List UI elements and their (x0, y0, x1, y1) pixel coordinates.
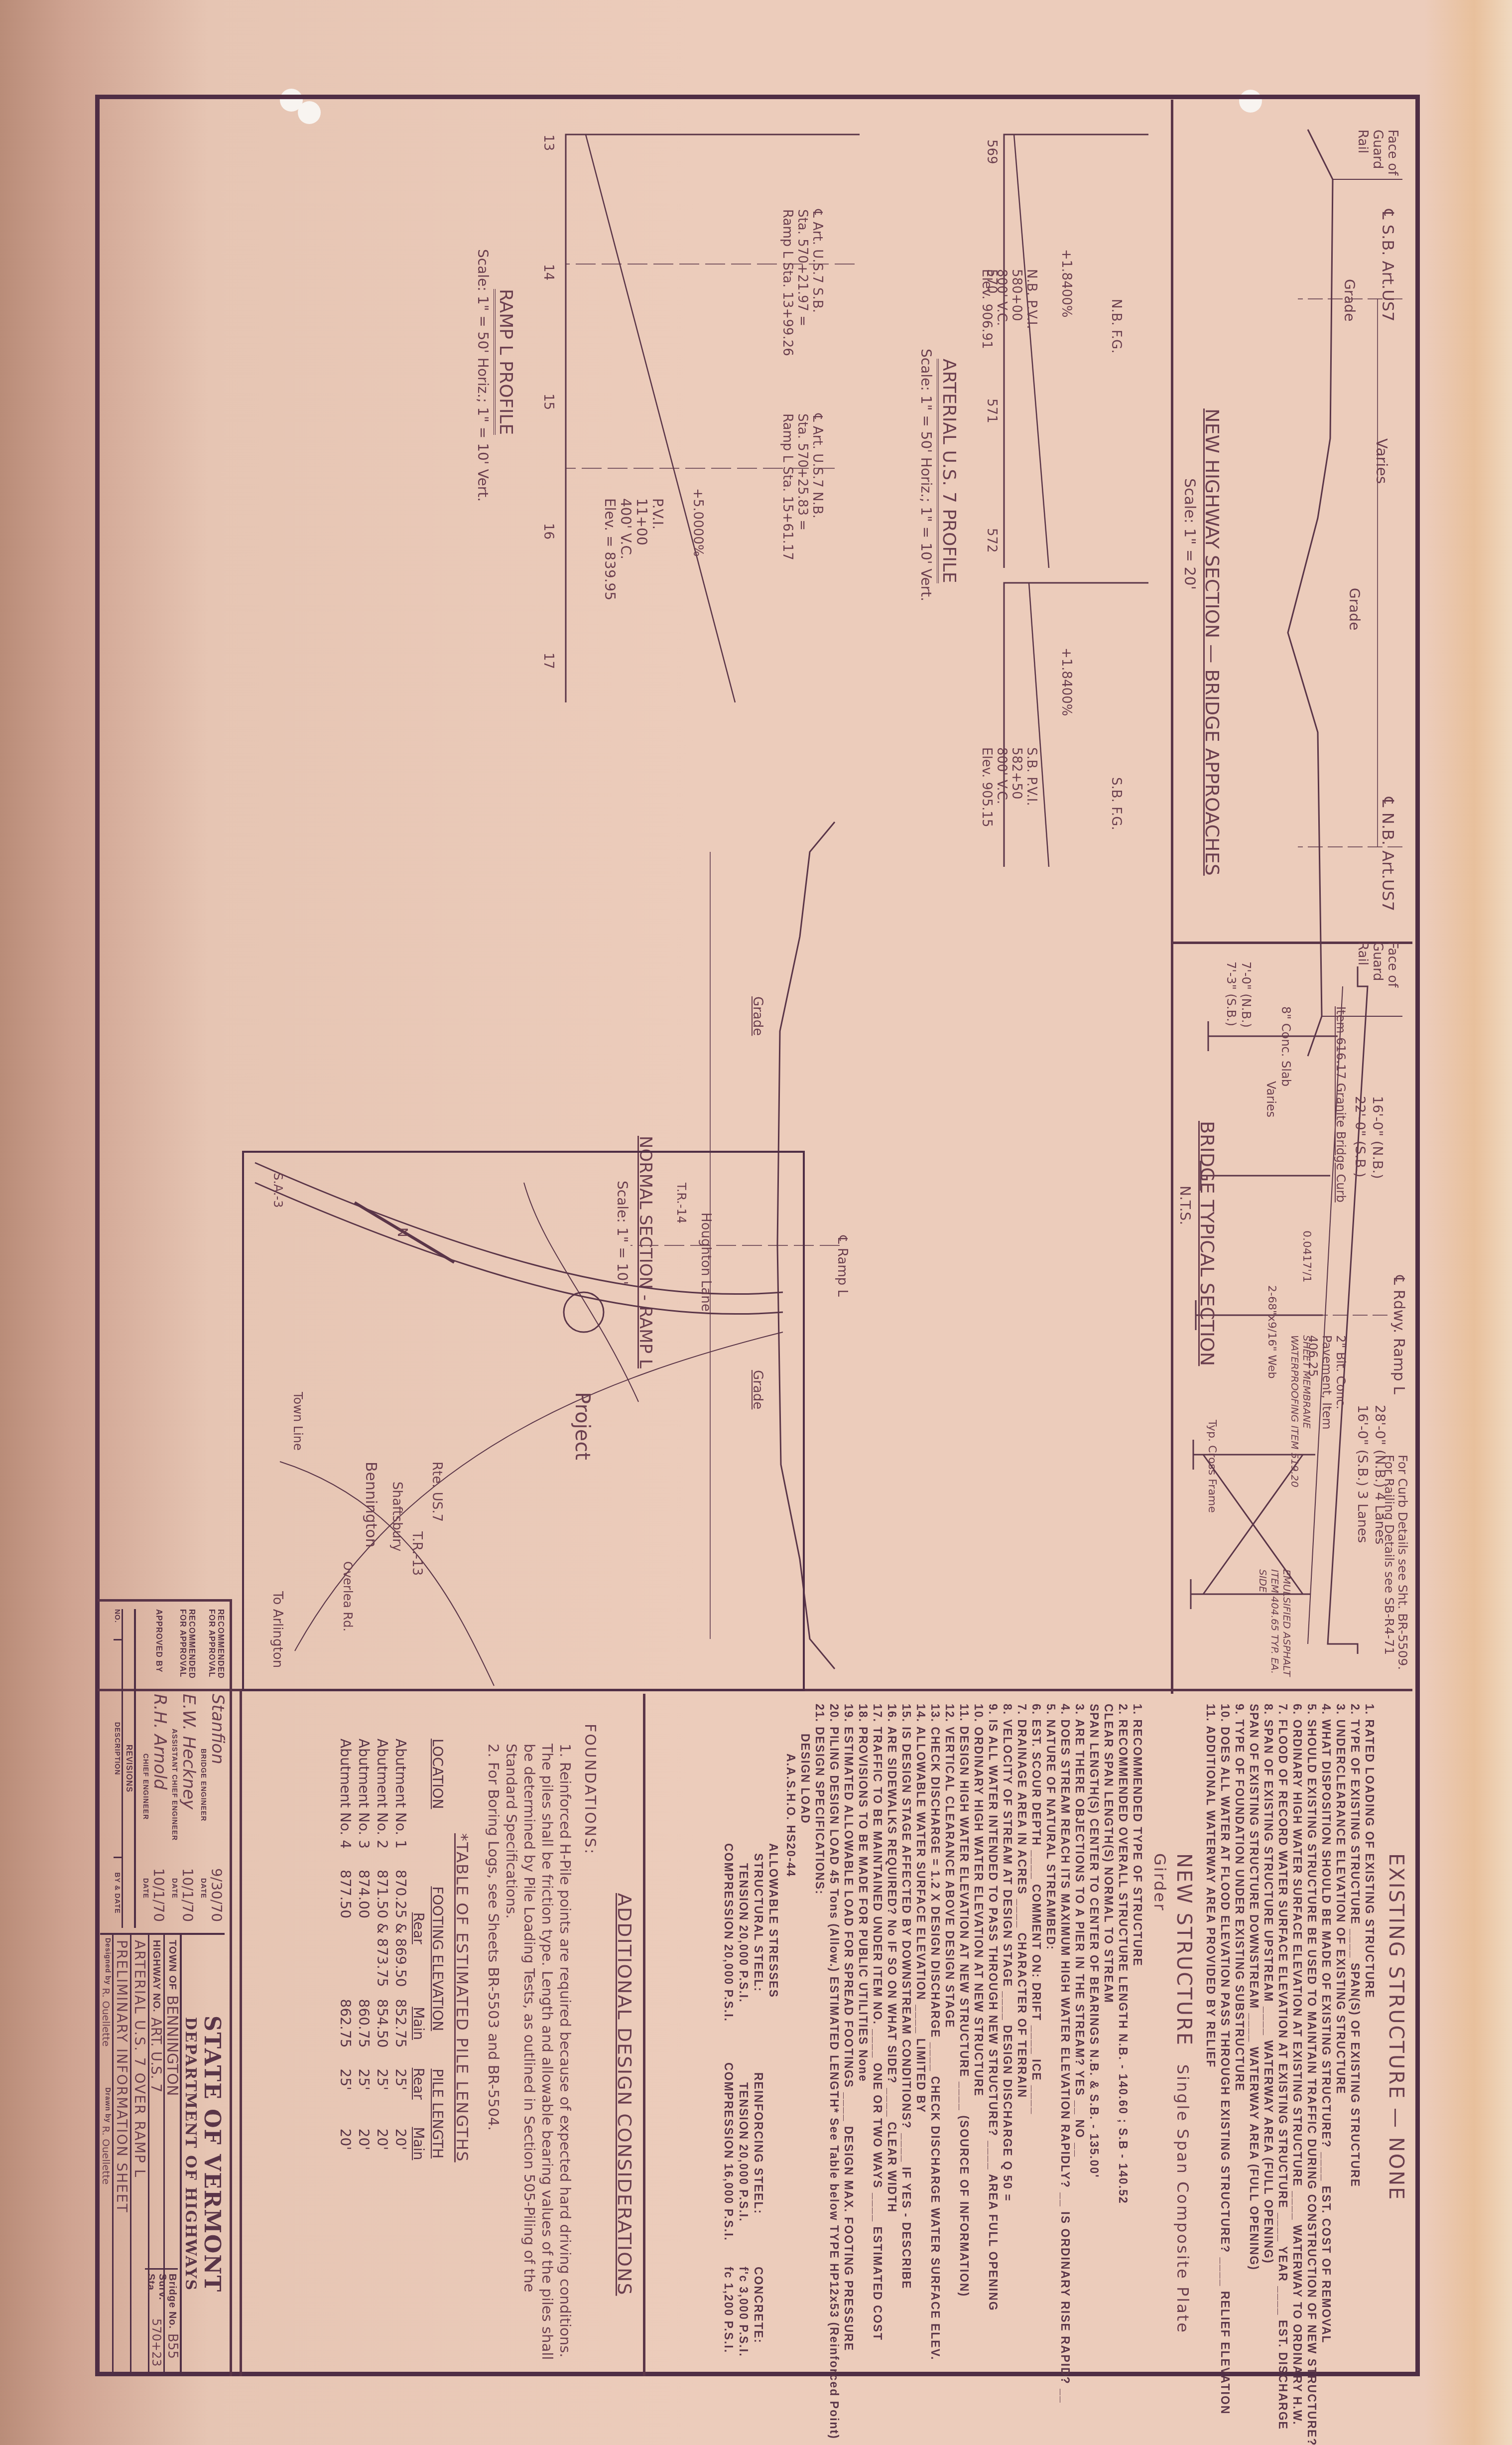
additional-design-block: ADDITIONAL DESIGN CONSIDERATIONS FOUNDAT… (336, 1704, 635, 2366)
approval-date: 10/1/70 (150, 1868, 167, 1922)
table-row: Abutment No. 2 871.50 & 873.75 854.50 25… (373, 1724, 391, 2173)
cell-elev-rear: 871.50 & 873.75 (373, 1864, 391, 1993)
existing-structure-heading: EXISTING STRUCTURE — NONE (1385, 1853, 1407, 2366)
map-label: Overlea Rd. (341, 1561, 355, 1631)
existing-item: 1. RATED LOADING OF EXISTING STRUCTURE (1362, 1704, 1377, 2366)
sb-pvi-label: S.B. P.V.I. (1024, 747, 1039, 847)
sta-tick: 571 (984, 399, 999, 423)
new-item: 8. VELOCITY OF STREAM AT DESIGN STAGE __… (1000, 1704, 1014, 2366)
label-face-guard-rail: Face of Guard Rail (1355, 130, 1400, 189)
label-grade: Grade (1341, 279, 1358, 321)
pile-table-title: *TABLE OF ESTIMATED PILE LENGTHS (453, 1833, 472, 2366)
map-label: Town Line (291, 1392, 305, 1451)
new-item: CLEAR SPAN LENGTH(S) NORMAL TO STREAM (1101, 1704, 1116, 2366)
th-pile-length: PILE LENGTH (427, 2054, 448, 2173)
sb-grade: +1.8400% (1059, 648, 1074, 716)
arterial-profile-scale: Scale: 1" = 50' Horiz.; 1" = 10' Vert. (918, 349, 934, 601)
allowable-stresses: ALLOWABLE STRESSES STRUCTURAL STEEL: TEN… (706, 1704, 780, 2366)
rev-header-description: DESCRIPTION (114, 1639, 122, 1857)
foundation-note-2: 2. For Boring Logs, see Sheets BR-5503 a… (485, 1744, 503, 2361)
label-curb-item: Item 616.17 Granite Bridge Curb (1334, 1006, 1348, 1203)
nb-pvi: N.B. P.V.I. 580+00 800' V.C. Elev. 906.9… (979, 269, 1039, 369)
th-main: Main (410, 2114, 427, 2173)
label-grade: Grade (1346, 588, 1363, 630)
approval-role: ASSISTANT CHIEF ENGINEER (171, 1729, 179, 1841)
map-label: S.A.-3 (271, 1173, 285, 1208)
rev-header-no: NO. (114, 1609, 122, 1639)
existing-item: 10. DOES ALL WATER AT FLOOD ELEVATION PA… (1218, 1704, 1232, 2366)
label-half-width: 16'-0" (N.B.) (1370, 1096, 1385, 1179)
th-footing-elevation: FOOTING ELEVATION (427, 1864, 448, 2054)
th-rear: Rear (410, 2054, 427, 2114)
town-label: TOWN OF (167, 1940, 178, 1990)
date-label: DATE (142, 1878, 150, 1899)
design-load-label: DESIGN LOAD (798, 1734, 812, 2366)
cl-sb-line: Ramp L Sta. 13+99.26 (780, 209, 795, 356)
new-structure-title: NEW STRUCTURE (1172, 1853, 1195, 2046)
revisions-header: NO. DESCRIPTION BY & DATE (114, 1609, 123, 1928)
bridge-no-value: B55 (165, 2333, 180, 2373)
map-drawing (245, 1153, 803, 1691)
new-item: 6. EST. SCOUR DEPTH ____ COMMENT ON: DRI… (1029, 1704, 1043, 2366)
th-rear: Rear (410, 1864, 427, 1993)
existing-item: 8. SPAN OF EXISTING STRUCTURE UPSTREAM _… (1261, 1704, 1275, 2366)
label-overhang: 7'-0" (N.B.) (1239, 961, 1253, 1028)
label-sb-centerline: ℄ S.B. Art.US7 (1379, 209, 1397, 321)
new-item: 12. VERTICAL CLEARANCE ABOVE DESIGN STAG… (942, 1704, 957, 2366)
new-item: 14. ALLOWABLE WATER SURFACE ELEVATION __… (913, 1704, 928, 2366)
bridge-section-title: BRIDGE TYPICAL SECTION (1196, 1121, 1218, 1366)
sta-tick: 569 (984, 139, 999, 164)
label-overhang: 7'-3" (S.B.) (1224, 961, 1238, 1026)
cl-sb-line: Sta. 570+21.97 = (795, 209, 810, 356)
new-item: 19. ESTIMATED ALLOWABLE LOAD FOR SPREAD … (841, 1704, 856, 2366)
new-structure-heading: NEW STRUCTURE Single Span Composite Plat… (1149, 1853, 1195, 2366)
revisions-title: REVISIONS (123, 1609, 134, 1928)
ramp-profile-title: RAMP L PROFILE (494, 289, 516, 435)
new-item: 21. DESIGN SPECIFICATIONS: (812, 1704, 827, 2366)
sb-pvi-sta: 582+50 (1009, 747, 1024, 847)
reinforcing-steel-tension: TENSION 20,000 P.S.I. (736, 2082, 751, 2222)
date-label: DATE (200, 1878, 208, 1899)
drawing-sheet: ℄ S.B. Art.US7 ℄ N.B. Art.US7 Varies Fac… (0, 0, 1512, 2445)
foundations-title: FOUNDATIONS: (581, 1724, 599, 2366)
ramp-pvi-elev: Elev. = 839.95 (602, 498, 618, 600)
agency-name: STATE OF VERMONT (199, 1935, 225, 2373)
title-block: STATE OF VERMONT DEPARTMENT OF HIGHWAYS … (100, 1933, 225, 2373)
table-row: Abutment No. 1 870.25 & 869.50 852.75 25… (391, 1724, 410, 2173)
new-item: 13. CHECK DISCHARGE = 1.2 X DESIGN DISCH… (928, 1704, 942, 2366)
new-item: 9. IS ALL WATER INTENDED TO PASS THROUGH… (986, 1704, 1000, 2366)
sb-pvi-vc: 800' V.C. (994, 747, 1009, 847)
existing-item: 2. TYPE OF EXISTING STRUCTURE ____ SPAN(… (1348, 1704, 1362, 2366)
label-slope: 0.0417'/1 (1300, 1230, 1313, 1282)
note-curb-details: For Curb Details see Sht. BR-5509. (1395, 1455, 1410, 1670)
cell-len-rear: 25' (391, 2054, 410, 2114)
approval-label: RECOMMENDED FOR APPROVAL (178, 1609, 196, 1684)
table-row: Abutment No. 3 874.00 860.75 25' 20' (355, 1724, 373, 2173)
surv-sta-value: 570+23 (149, 2318, 163, 2373)
cell-elev-main: 852.75 (391, 1993, 410, 2054)
town-value: BENNINGTON (164, 1995, 181, 2268)
bridge-section-drawing (1188, 956, 1397, 1674)
cell-location: Abutment No. 4 (336, 1724, 355, 1864)
concrete-fc-prime: f'c 3,000 P.S.I. (736, 2267, 751, 2357)
arterial-profile-title: ARTERIAL U.S. 7 PROFILE (937, 359, 959, 583)
drawn-by-label: Drawn by (100, 2087, 112, 2123)
additional-design-heading: ADDITIONAL DESIGN CONSIDERATIONS (614, 1893, 635, 2366)
new-item: 17. TRAFFIC TO BE MAINTAINED UNDER ITEM … (870, 1704, 884, 2366)
designed-by-value: R. Ouellette (100, 1988, 112, 2087)
signature: E.W. Heckney (179, 1694, 199, 1809)
approval-label: RECOMMENDED FOR APPROVAL (207, 1609, 225, 1684)
new-item: 20. PILING DESIGN LOAD 45 Tons (Allow.) … (827, 1704, 841, 2366)
divider (1171, 100, 1173, 1694)
cell-len-rear: 25' (355, 2054, 373, 2114)
signature: Stanfion (208, 1694, 228, 1765)
approval-row: APPROVED BY R.H. Arnold CHIEF ENGINEER 1… (138, 1609, 167, 1928)
ramp-cl-label: ℄ Ramp L (835, 1235, 850, 1297)
ramp-profile-scale: Scale: 1" = 50' Horiz.; 1" = 10' Vert. (475, 249, 491, 502)
cell-location: Abutment No. 1 (391, 1724, 410, 1864)
new-item: 7. DRAINAGE AREA IN ACRES ____ CHARACTER… (1014, 1704, 1029, 2366)
existing-item: 5. SHOULD EXISTING STRUCTURE BE USED TO … (1304, 1704, 1319, 2366)
label-grade: Grade (750, 996, 765, 1036)
cl-nb-line: ℄ Art. U.S.7 N.B. (810, 413, 825, 560)
highway-section-scale: Scale: 1" = 20' (1181, 478, 1198, 590)
map-label: Rte. US.7 (429, 1462, 444, 1522)
approval-row: RECOMMENDED FOR APPROVAL Stanfion BRIDGE… (196, 1609, 225, 1928)
new-item: 2. RECOMMENDED OVERALL STRUCTURE LENGTH … (1116, 1704, 1130, 2366)
bridge-no-label: Bridge No. (167, 2268, 178, 2333)
ramp-pvi-label: P.V.I. (649, 498, 665, 600)
th-location: LOCATION (427, 1724, 448, 1864)
label-nb-centerline: ℄ N.B. Art.US7 (1379, 797, 1397, 911)
label-cross-frame: Typ. Cross Frame (1206, 1420, 1218, 1513)
approval-date: 9/30/70 (208, 1868, 225, 1922)
credits-row: Designed by R. Ouellette Drawn by R. Oue… (100, 1935, 114, 2373)
divider (98, 1599, 232, 1602)
new-item: SPAN LENGTH(S) CENTER TO CENTER OF BEARI… (1087, 1704, 1101, 2366)
map-label: T.R.-14 (674, 1183, 688, 1223)
nb-pvi-elev: Elev. 906.91 (979, 269, 994, 369)
map-label: Bennington (362, 1462, 379, 1548)
cell-location: Abutment No. 2 (373, 1724, 391, 1864)
label-lane-width: 16'-0" (S.B.) 3 Lanes (1355, 1405, 1370, 1543)
date-label: DATE (171, 1878, 179, 1899)
cell-elev-rear: 870.25 & 869.50 (391, 1864, 410, 1993)
new-item: 10. ORDINARY HIGH WATER ELEVATION AT NEW… (971, 1704, 986, 2366)
sta-tick: 15 (541, 394, 556, 410)
north-arrow-icon: N (394, 1227, 409, 1237)
new-item: 18. PROVISIONS TO BE MADE FOR PUBLIC UTI… (856, 1704, 870, 2366)
sta-tick: 572 (984, 528, 999, 553)
cell-len-main: 20' (355, 2114, 373, 2173)
cell-location: Abutment No. 3 (355, 1724, 373, 1864)
label-web: 2-68"x9/16" Web (1265, 1285, 1278, 1379)
label-varies: Varies (1373, 438, 1390, 484)
sb-pvi: S.B. P.V.I. 582+50 800' V.C. Elev. 905.1… (979, 747, 1039, 847)
structural-steel-tension: TENSION 20,000 P.S.I. (736, 1863, 751, 2003)
new-item: 1. RECOMMENDED TYPE OF STRUCTURE (1130, 1704, 1144, 2366)
designed-by-label: Designed by (100, 1938, 112, 1985)
highway-no-value: ART. U.S. 7 (148, 2017, 165, 2268)
nb-grade: +1.8400% (1059, 249, 1074, 317)
map-label: Houghton Lane (698, 1213, 713, 1312)
nb-pvi-label: N.B. P.V.I. (1024, 269, 1039, 369)
cell-len-main: 20' (336, 2114, 355, 2173)
cell-elev-rear: 874.00 (355, 1864, 373, 1993)
rev-header-by-date: BY & DATE (114, 1857, 122, 1928)
approvals-block: RECOMMENDED FOR APPROVAL Stanfion BRIDGE… (114, 1609, 225, 1928)
new-item: 16. ARE SIDEWALKS REQUIRED? No IF SO ON … (884, 1704, 899, 2366)
highway-section-title: NEW HIGHWAY SECTION — BRIDGE APPROACHES (1201, 408, 1223, 876)
structural-steel-label: STRUCTURAL STEEL: (751, 1853, 765, 1992)
surv-sta-label: Surv. Sta. (145, 2268, 168, 2318)
divider (230, 1599, 232, 2376)
map-label-project: Project (571, 1392, 594, 1460)
table-row: Abutment No. 4 877.50 862.75 25' 20' (336, 1724, 355, 2173)
sta-tick: 17 (541, 653, 556, 669)
divider (643, 1694, 645, 2376)
ramp-grade: +5.0000% (690, 488, 705, 556)
label-rdwy-centerline: ℄ Rdwy. Ramp L (1390, 1275, 1407, 1394)
design-load-value: A.A.S.H.O. HS20-44 (783, 1754, 798, 2366)
new-item: 3. ARE THERE OBJECTIONS TO A PIER IN THE… (1072, 1704, 1087, 2366)
agency-department: DEPARTMENT OF HIGHWAYS (182, 1935, 199, 2373)
map-label: T.R.-13 (409, 1531, 424, 1576)
approval-role: CHIEF ENGINEER (142, 1754, 150, 1820)
cell-elev-main: 860.75 (355, 1993, 373, 2054)
new-item: 15. IS DESIGN STAGE AFFECTED BY DOWNSTRE… (899, 1704, 913, 2366)
divider (240, 1689, 242, 2376)
highway-row: HIGHWAY NO. ART. U.S. 7 Surv. Sta. 570+2… (149, 1935, 165, 2373)
sheet-title-line2: PRELIMINARY INFORMATION SHEET (114, 1935, 131, 2373)
cell-elev-main: 862.75 (336, 1993, 355, 2054)
nb-pvi-sta: 580+00 (1009, 269, 1024, 369)
highway-no-label: HIGHWAY NO. (151, 1940, 162, 2012)
pile-length-table: LOCATION FOOTING ELEVATION PILE LENGTH R… (336, 1724, 448, 2173)
signature: R.H. Arnold (150, 1694, 170, 1789)
th-blank (410, 1724, 427, 1864)
sta-tick: 13 (541, 135, 556, 151)
existing-item: 7. FLOOD OF RECORD WATER SURFACE ELEVATI… (1275, 1704, 1290, 2366)
existing-item: 4. WHAT DISPOSITION SHOULD BE MADE OF EX… (1319, 1704, 1333, 2366)
existing-item: SPAN OF EXISTING STRUCTURE DOWNSTREAM __… (1247, 1704, 1261, 2366)
cl-nb-line: Sta. 570+25.83 = (795, 413, 810, 560)
label-slab: 8" Conc. Slab (1279, 1006, 1293, 1087)
location-map: Project Houghton Lane T.R.-14 Rte. US.7 … (242, 1151, 805, 1691)
label-emulsified-asphalt: EMULSIFIED ASPHALT ITEM 404.65 TYP. EA. … (1257, 1569, 1293, 1679)
approval-role: BRIDGE ENGINEER (200, 1749, 208, 1821)
concrete-fc: fc 1,200 P.S.I. (721, 2267, 736, 2353)
cell-len-rear: 25' (373, 2054, 391, 2114)
cell-elev-rear: 877.50 (336, 1864, 355, 1993)
cell-len-rear: 25' (336, 2054, 355, 2114)
cl-sb-line: ℄ Art. U.S.7 S.B. (810, 209, 825, 356)
existing-item: 3. UNDERCLEARANCE ELEVATION OF EXISTING … (1333, 1704, 1348, 2366)
approval-label: APPROVED BY (154, 1609, 163, 1684)
revisions-table: REVISIONS NO. DESCRIPTION BY & DATE (114, 1609, 136, 1928)
cell-len-main: 20' (373, 2114, 391, 2173)
sta-tick: 14 (541, 264, 556, 280)
label-varies: Varies (1264, 1081, 1278, 1117)
nb-fg: N.B. F.G. (1109, 299, 1124, 354)
new-item: 11. DESIGN HIGH WATER ELEVATION AT NEW S… (957, 1704, 971, 2366)
cl-nb-line: Ramp L Sta. 15+61.17 (780, 413, 795, 560)
structural-steel-compression: COMPRESSION 20,000 P.S.I. (721, 1843, 736, 2022)
approval-row: RECOMMENDED FOR APPROVAL E.W. Heckney AS… (167, 1609, 196, 1928)
drawn-by-value: R. Ouellette (100, 2126, 112, 2184)
note-railing-details: For Railing Details see SB-R4-71 (1382, 1455, 1396, 1655)
existing-item: 9. TYPE OF FOUNDATION UNDER EXISTING SUB… (1232, 1704, 1247, 2366)
allowable-stresses-label: ALLOWABLE STRESSES (766, 1843, 780, 1998)
reinforcing-steel-compression: COMPRESSION 16,000 P.S.I. (721, 2062, 736, 2241)
existing-item: 6. ORDINARY HIGH WATER SURFACE ELEVATION… (1290, 1704, 1304, 2366)
approval-date: 10/1/70 (179, 1868, 196, 1922)
map-label: Shaftsbury (389, 1482, 404, 1551)
bridge-section-scale: N.T.S. (1177, 1186, 1193, 1225)
sb-pvi-elev: Elev. 905.15 (979, 747, 994, 847)
sb-fg: S.B. F.G. (1109, 777, 1124, 830)
ramp-pvi: P.V.I. 11+00 400' V.C. Elev. = 839.95 (602, 498, 665, 600)
concrete-label: CONCRETE: (751, 2267, 765, 2344)
cell-len-main: 20' (391, 2114, 410, 2173)
map-label: To Arlington (270, 1591, 285, 1668)
sta-tick: 16 (541, 523, 556, 540)
reinforcing-steel-label: REINFORCING STEEL: (751, 2072, 765, 2214)
existing-structure-block: EXISTING STRUCTURE — NONE 1. RATED LOADI… (706, 1704, 1407, 2366)
cl-sb-note: ℄ Art. U.S.7 S.B. Sta. 570+21.97 = Ramp … (780, 209, 825, 356)
cl-nb-note: ℄ Art. U.S.7 N.B. Sta. 570+25.83 = Ramp … (780, 413, 825, 560)
existing-item: 11. ADDITIONAL WATERWAY AREA PROVIDED BY… (1203, 1704, 1218, 2366)
label-membrane: SHEET MEMBRANE WATERPROOFING ITEM 519.20 (1289, 1335, 1313, 1504)
th-main: Main (410, 1993, 427, 2054)
label-half-width: 22'-0" (S.B.) (1352, 1096, 1368, 1178)
new-item: 5. NATURE OF NATURAL STREAMBED: (1043, 1704, 1058, 2366)
new-item: 4. DOES STREAM REACH ITS MAXIMUM HIGH WA… (1058, 1704, 1072, 2366)
ramp-pvi-vc: 400' V.C. (618, 498, 633, 600)
ramp-pvi-sta: 11+00 (633, 498, 649, 600)
nb-pvi-vc: 800' V.C. (994, 269, 1009, 369)
foundation-note-1: 1. Reinforced H-Pile points are required… (503, 1744, 574, 2361)
cell-elev-main: 854.50 (373, 1993, 391, 2054)
